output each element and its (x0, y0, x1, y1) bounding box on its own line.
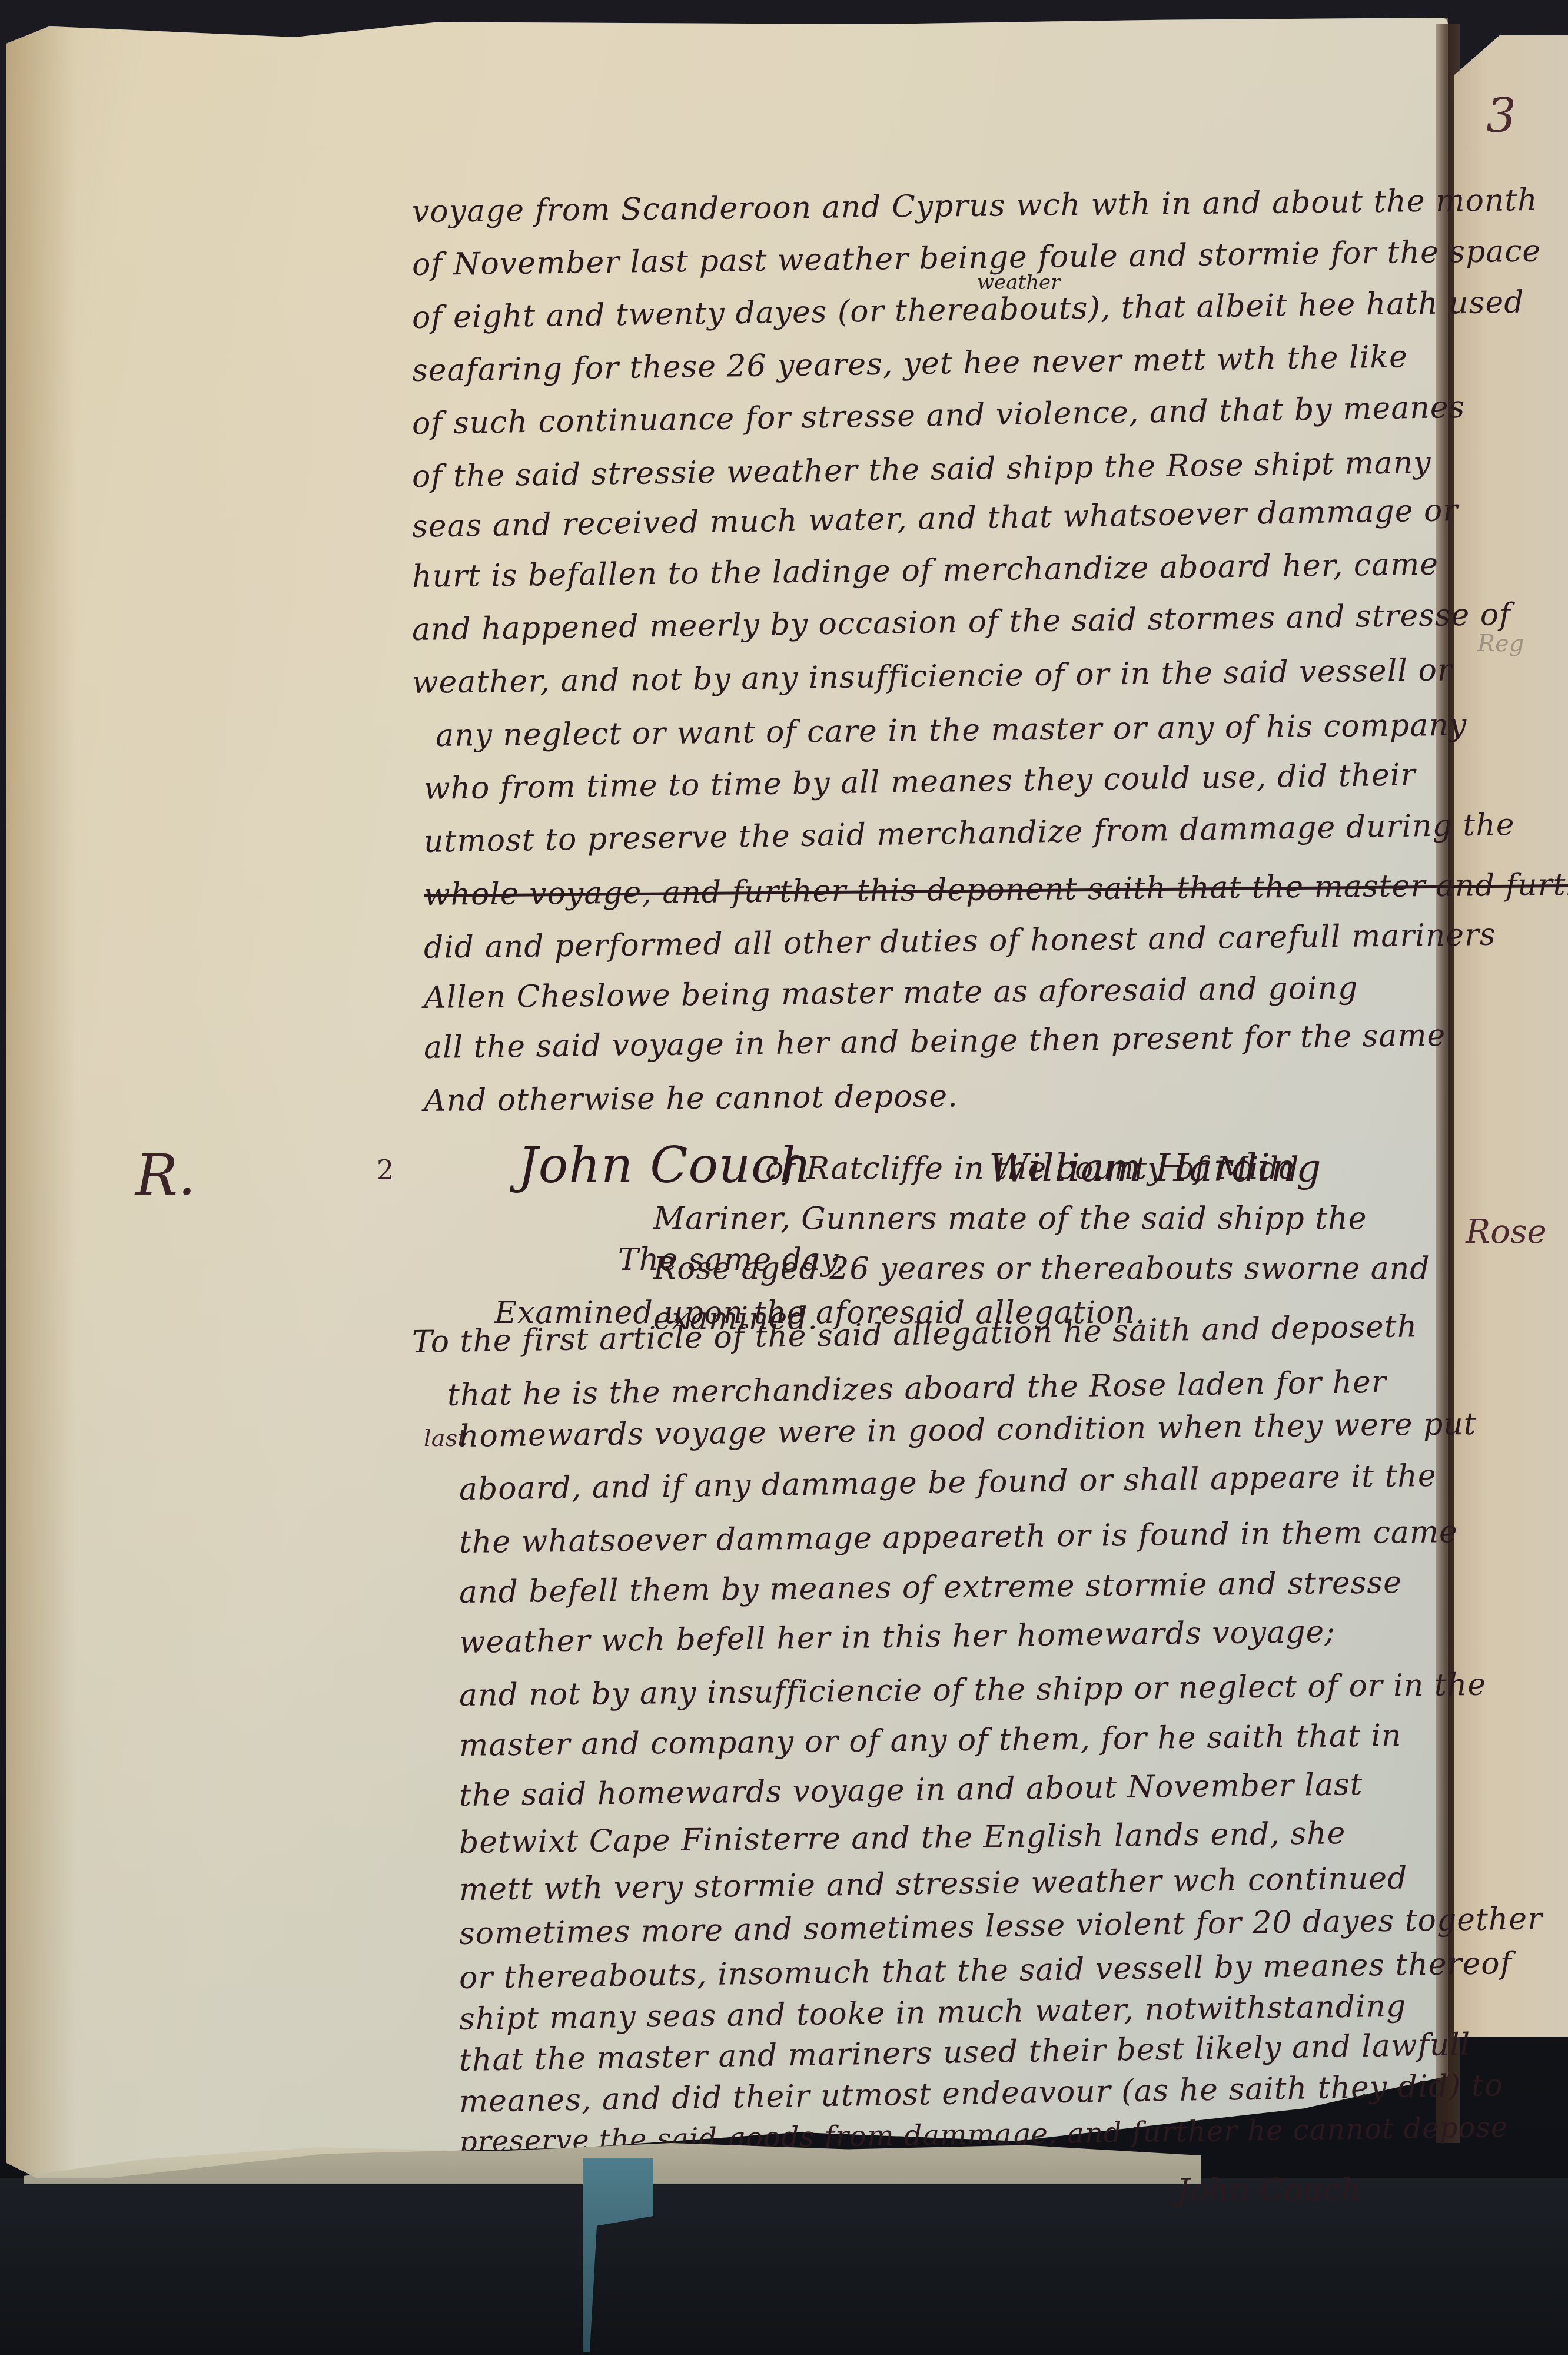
right-page-fragment: Rose (1466, 1213, 1547, 1251)
witness-number: 2 (377, 1154, 394, 1186)
deponent-line: of Ratcliffe in the county of Midd (765, 1151, 1300, 1186)
folio-number: 3 (1486, 88, 1516, 143)
deponent-line: Mariner, Gunners mate of the said shipp … (653, 1201, 1367, 1236)
text-line: And otherwise he cannot depose. (424, 1079, 958, 1119)
deponent-line: Rose aged 26 yeares or thereabouts sworn… (653, 1251, 1430, 1286)
signature-john-couch: John Couch (1177, 2172, 1361, 2208)
manuscript-page-right: 3 Reg Rose (1454, 35, 1568, 2037)
margin-mark: R. (135, 1142, 196, 1208)
paper-edge-stain (6, 18, 77, 2184)
right-page-fragment: Reg (1477, 630, 1524, 657)
